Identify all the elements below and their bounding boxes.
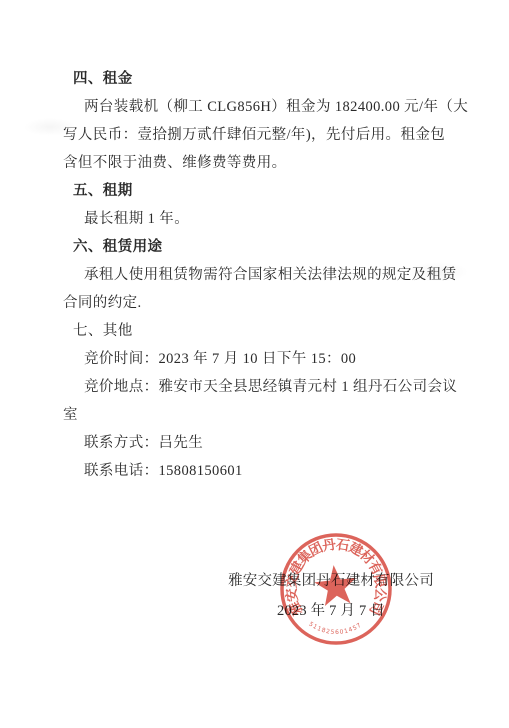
auction-place-line: 竞价地点：雅安市天全县思经镇青元村 1 组丹石公司会议 [63,373,463,401]
auction-place-line-2: 室 [63,401,463,429]
auction-time-line: 竞价时间：2023 年 7 月 10 日下午 15：00 [63,345,463,373]
section-term-line: 最长租期 1 年。 [63,205,463,233]
section-term-heading: 五、租期 [63,177,463,205]
document-body: 四、租金 两台装载机（柳工 CLG856H）租金为 182400.00 元/年（… [63,65,463,485]
section-rent-heading: 四、租金 [63,65,463,93]
section-rent-line: 写人民币：壹拾捌万贰仟肆佰元整/年)，先付后用。租金包 [63,121,463,149]
contact-phone-line: 联系电话：15808150601 [63,457,463,485]
section-usage-line: 合同的约定. [63,289,463,317]
section-rent-line: 两台装载机（柳工 CLG856H）租金为 182400.00 元/年（大 [63,93,463,121]
signature-company: 雅安交建集团丹石建材有限公司 [227,567,435,595]
signature-date: 2023 年 7 月 7 日 [227,597,435,625]
section-other-heading: 七、其他 [63,317,463,345]
signature-block: 雅安交建集团丹石建材有限公司 2023 年 7 月 7 日 [227,567,435,625]
contact-person-line: 联系方式：吕先生 [63,429,463,457]
document-page: 四、租金 两台装载机（柳工 CLG856H）租金为 182400.00 元/年（… [0,0,509,728]
section-usage-heading: 六、租赁用途 [63,233,463,261]
section-usage-line: 承租人使用租赁物需符合国家相关法律法规的规定及租赁 [63,261,463,289]
section-rent-line: 含但不限于油费、维修费等费用。 [63,149,463,177]
